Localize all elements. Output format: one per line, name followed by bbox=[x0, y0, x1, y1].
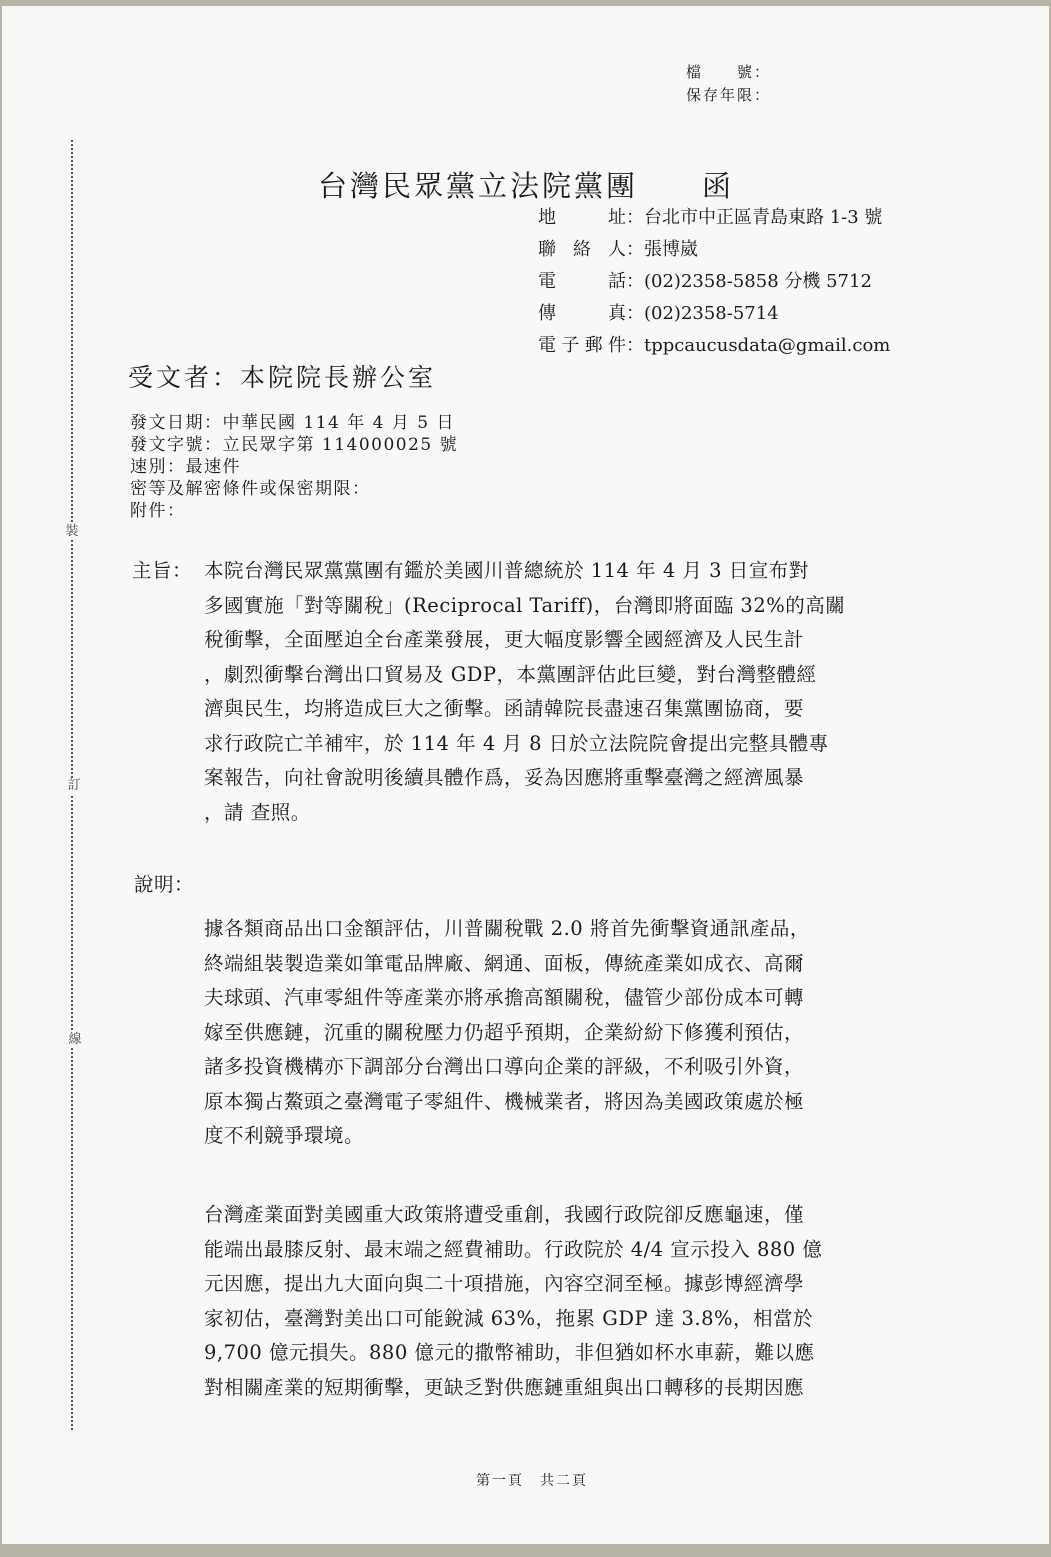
subject-body: 本院台灣民眾黨黨團有鑑於美國川普總統於 114 年 4 月 3 日宣布對 多國實… bbox=[204, 554, 964, 830]
explanation-line: 夫球頭、汽車零組件等產業亦將承擔高額關稅，儘管少部份成本可轉 bbox=[204, 981, 964, 1016]
document-title: 台灣民眾黨立法院黨團 函 bbox=[318, 164, 734, 205]
explanation-line: 9,700 億元損失。880 億元的撒幣補助，非但猶如杯水車薪，難以應 bbox=[204, 1336, 964, 1371]
address-label: 地 址 bbox=[538, 202, 626, 234]
phone-label: 電 話 bbox=[538, 266, 626, 298]
explanation-line: 終端組裝製造業如筆電品牌廠、網通、面板，傳統產業如成衣、高爾 bbox=[204, 947, 964, 982]
file-number-label: 檔 號： bbox=[686, 61, 771, 83]
address-row: 地 址 ：台北市中正區青島東路 1-3 號 bbox=[538, 202, 890, 234]
explanation-line: 元因應，提出九大面向與二十項措施，內容空洞至極。據彭博經濟學 bbox=[204, 1267, 964, 1302]
contact-person-value: ：張博崴 bbox=[626, 234, 698, 266]
page-number-footer: 第一頁 共二頁 bbox=[476, 1470, 588, 1490]
explanation-line: 嫁至供應鏈，沉重的關稅壓力仍超乎預期，企業紛紛下修獲利預估， bbox=[204, 1016, 964, 1051]
document-number: 發文字號：立民眾字第 114000025 號 bbox=[130, 434, 458, 456]
document-page: 裝 訂 線 檔 號： 保存年限： 台灣民眾黨立法院黨團 函 地 址 ：台北市中正… bbox=[2, 6, 1049, 1544]
explanation-line: 度不利競爭環境。 bbox=[204, 1119, 964, 1154]
issuance-info: 發文日期：中華民國 114 年 4 月 5 日 發文字號：立民眾字第 11400… bbox=[130, 412, 458, 522]
explanation-paragraph-1: 據各類商品出口金額評估，川普關稅戰 2.0 將首先衝擊資通訊產品， 終端組裝製造… bbox=[204, 912, 964, 1154]
fax-label: 傳 真 bbox=[538, 298, 626, 330]
explanation-line: 原本獨占鰲頭之臺灣電子零組件、機械業者，將因為美國政策處於極 bbox=[204, 1085, 964, 1120]
explanation-paragraph-2: 台灣產業面對美國重大政策將遭受重創，我國行政院卻反應龜速，僅 能端出最膝反射、最… bbox=[204, 1198, 964, 1405]
address-value: ：台北市中正區青島東路 1-3 號 bbox=[626, 202, 882, 234]
binding-mark-ding: 訂 bbox=[66, 778, 82, 794]
contact-person-row: 聯 絡 人 ：張博崴 bbox=[538, 234, 890, 266]
issue-date: 發文日期：中華民國 114 年 4 月 5 日 bbox=[130, 412, 458, 434]
fax-value: ：(02)2358-5714 bbox=[626, 298, 779, 330]
subject-label: 主旨： bbox=[132, 554, 192, 589]
subject-line: 稅衝擊，全面壓迫全台產業發展，更大幅度影響全國經濟及人民生計 bbox=[204, 623, 964, 658]
subject-line: 本院台灣民眾黨黨團有鑑於美國川普總統於 114 年 4 月 3 日宣布對 bbox=[204, 554, 964, 589]
fax-row: 傳 真 ：(02)2358-5714 bbox=[538, 298, 890, 330]
phone-row: 電 話 ：(02)2358-5858 分機 5712 bbox=[538, 266, 890, 298]
recipient: 受文者：本院院長辦公室 bbox=[128, 358, 436, 394]
subject-line: 案報告，向社會說明後續具體作爲，妥為因應將重擊臺灣之經濟風暴 bbox=[204, 761, 964, 796]
binding-mark-xian: 線 bbox=[67, 1032, 83, 1048]
email-value: ：tppcaucusdata@gmail.com bbox=[626, 330, 890, 362]
email-row: 電子郵件 ：tppcaucusdata@gmail.com bbox=[538, 330, 890, 362]
binding-mark-zhuang: 裝 bbox=[64, 524, 80, 540]
urgency: 速別：最速件 bbox=[130, 456, 458, 478]
explanation-label: 說明： bbox=[134, 868, 194, 903]
classification: 密等及解密條件或保密期限： bbox=[130, 478, 458, 500]
explanation-line: 台灣產業面對美國重大政策將遭受重創，我國行政院卻反應龜速，僅 bbox=[204, 1198, 964, 1233]
subject-line: 濟與民生，均將造成巨大之衝擊。函請韓院長盡速召集黨團協商，要 bbox=[204, 692, 964, 727]
explanation-line: 能端出最膝反射、最末端之經費補助。行政院於 4/4 宣示投入 880 億 bbox=[204, 1233, 964, 1268]
subject-line: 求行政院亡羊補牢，於 114 年 4 月 8 日於立法院院會提出完整具體專 bbox=[204, 727, 964, 762]
explanation-line: 據各類商品出口金額評估，川普關稅戰 2.0 將首先衝擊資通訊產品， bbox=[204, 912, 964, 947]
explanation-line: 家初估，臺灣對美出口可能銳減 63%，拖累 GDP 達 3.8%，相當於 bbox=[204, 1302, 964, 1337]
retention-period-label: 保存年限： bbox=[686, 84, 771, 106]
attachments: 附件： bbox=[130, 500, 458, 522]
subject-line: ，請 查照。 bbox=[204, 796, 964, 831]
explanation-line: 對相關產業的短期衝擊，更缺乏對供應鏈重組與出口轉移的長期因應 bbox=[204, 1371, 964, 1406]
email-label: 電子郵件 bbox=[538, 330, 626, 362]
contact-block: 地 址 ：台北市中正區青島東路 1-3 號 聯 絡 人 ：張博崴 電 話 ：(0… bbox=[538, 202, 890, 362]
subject-line: 多國實施「對等關稅」(Reciprocal Tariff)，台灣即將面臨 32%… bbox=[204, 589, 964, 624]
explanation-line: 諸多投資機構亦下調部分台灣出口導向企業的評級，不利吸引外資， bbox=[204, 1050, 964, 1085]
contact-person-label: 聯 絡 人 bbox=[538, 234, 626, 266]
phone-value: ：(02)2358-5858 分機 5712 bbox=[626, 266, 872, 298]
subject-line: ，劇烈衝擊台灣出口貿易及 GDP，本黨團評估此巨變，對台灣整體經 bbox=[204, 658, 964, 693]
